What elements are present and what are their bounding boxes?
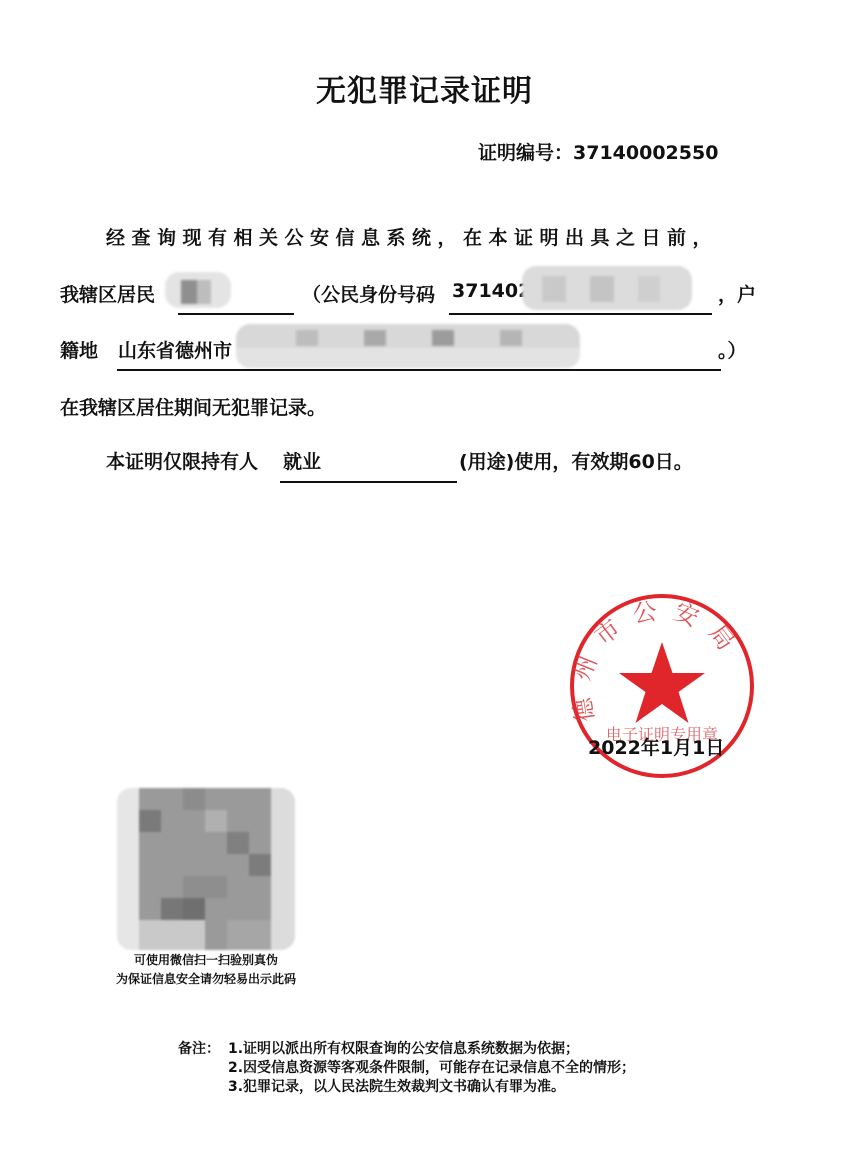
address-close: 。）: [718, 336, 747, 363]
usage-suffix: (用途)使用，有效期60日。: [459, 447, 693, 474]
id-label: （公民身份号码: [302, 280, 435, 307]
jiguan-label: 籍地: [60, 336, 98, 363]
qr-caption-line-1: 可使用微信扫一扫验别真伪: [0, 951, 412, 968]
notes-label: 备注：: [178, 1038, 220, 1058]
star-icon: [619, 642, 705, 723]
redacted-name: [165, 272, 231, 308]
paragraph-line-1: 经查询现有相关公安信息系统，在本证明出具之日前，: [106, 223, 718, 250]
id-prefix: 371402: [452, 280, 531, 302]
id-underline: [449, 313, 712, 315]
address-underline: [117, 369, 721, 371]
name-underline: [178, 313, 294, 315]
note-item-2: 2.因受信息资源等客观条件限制，可能存在记录信息不全的情形；: [228, 1057, 635, 1077]
certificate-number-label: 证明编号：: [478, 142, 573, 164]
paragraph-end: 在我辖区居住期间无犯罪记录。: [60, 393, 326, 420]
address-prefix: 山东省德州市: [118, 336, 232, 363]
redacted-address: [236, 324, 580, 368]
resident-label: 我辖区居民: [60, 280, 155, 307]
certificate-number: 证明编号：37140002550: [478, 138, 718, 165]
usage-underline: [280, 481, 457, 483]
document-title: 无犯罪记录证明: [0, 66, 849, 110]
redacted-id-number: [522, 266, 692, 310]
issue-date: 2022年1月1日: [588, 733, 724, 760]
hukou-tail: ，户: [718, 280, 756, 307]
usage-value: 就业: [283, 447, 321, 474]
certificate-number-value: 37140002550: [573, 142, 718, 164]
note-item-1: 1.证明以派出所有权限查询的公安信息系统数据为依据；: [228, 1038, 579, 1058]
note-item-3: 3.犯罪记录，以人民法院生效裁判文书确认有罪为准。: [228, 1076, 565, 1096]
qr-code-icon[interactable]: [117, 788, 295, 950]
qr-caption-line-2: 为保证信息安全请勿轻易出示此码: [0, 970, 412, 987]
usage-prefix: 本证明仅限持有人: [106, 447, 258, 474]
